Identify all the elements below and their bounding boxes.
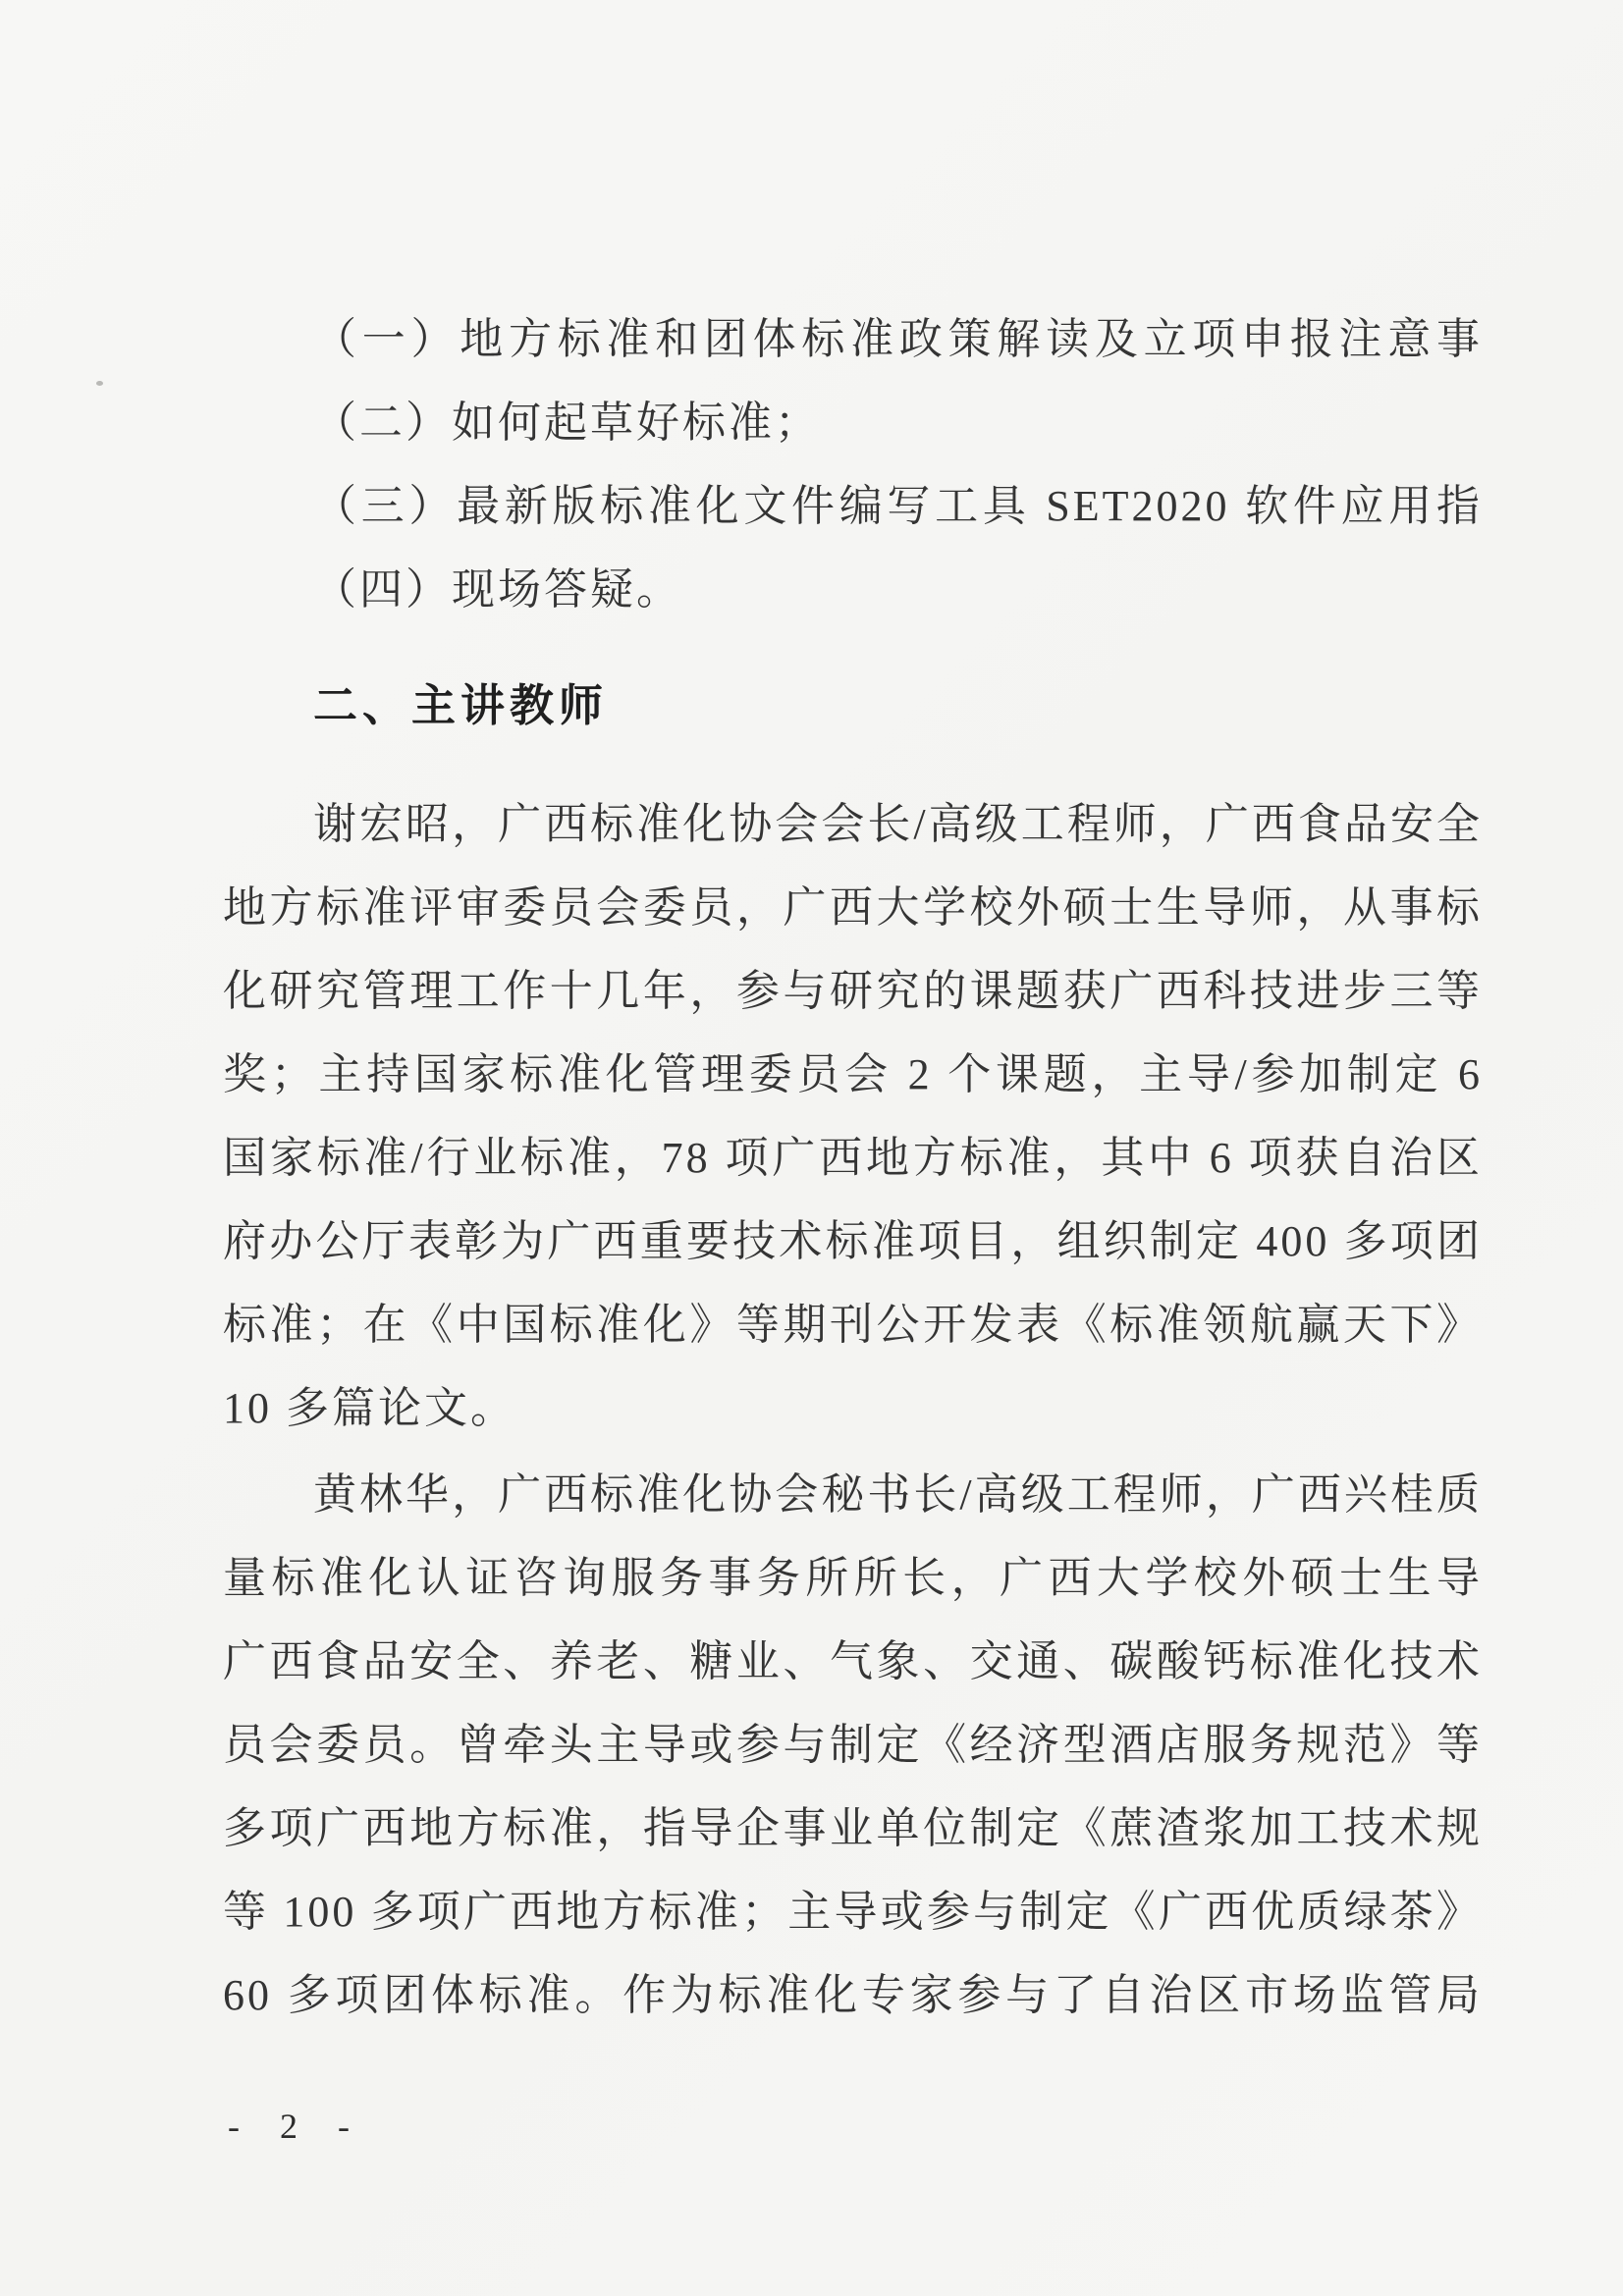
bio-line: 等 100 多项广西地方标准；主导或参与制定《广西优质绿茶》等 bbox=[223, 1870, 1483, 1953]
teacher-bio-huanglinhua: 黄林华，广西标准化协会秘书长/高级工程师，广西兴桂质 量标准化认证咨询服务事务所… bbox=[223, 1453, 1483, 2037]
agenda-item-2: （二）如何起草好标准； bbox=[223, 381, 1483, 464]
scanned-document-page: （一）地方标准和团体标准政策解读及立项申报注意事项； （二）如何起草好标准； （… bbox=[0, 0, 1623, 2296]
scan-artifact-dot bbox=[96, 381, 103, 386]
teacher-bio-xiehongzhao: 谢宏昭，广西标准化协会会长/高级工程师，广西食品安全 地方标准评审委员会委员，广… bbox=[223, 782, 1483, 1450]
section-heading: 二、主讲教师 bbox=[313, 664, 608, 747]
agenda-item-4: （四）现场答疑。 bbox=[223, 548, 1483, 631]
bio-line: 谢宏昭，广西标准化协会会长/高级工程师，广西食品安全 bbox=[223, 782, 1483, 866]
agenda-item-1: （一）地方标准和团体标准政策解读及立项申报注意事项； bbox=[223, 297, 1483, 381]
bio-line: 黄林华，广西标准化协会秘书长/高级工程师，广西兴桂质 bbox=[223, 1453, 1483, 1536]
bio-line: 10 多篇论文。 bbox=[223, 1366, 1483, 1450]
bio-line: 60 多项团体标准。作为标准化专家参与了自治区市场监管局组织 bbox=[223, 1953, 1483, 2037]
bio-line: 广西食品安全、养老、糖业、气象、交通、碳酸钙标准化技术委 bbox=[223, 1620, 1483, 1703]
bio-line: 多项广西地方标准，指导企事业单位制定《蔗渣浆加工技术规程》 bbox=[223, 1787, 1483, 1870]
page-number: - 2 - bbox=[228, 2097, 365, 2156]
bio-line: 员会委员。曾牵头主导或参与制定《经济型酒店服务规范》等 50 bbox=[223, 1703, 1483, 1787]
bio-line: 国家标准/行业标准，78 项广西地方标准，其中 6 项获自治区政 bbox=[223, 1116, 1483, 1200]
agenda-item-3: （三）最新版标准化文件编写工具 SET2020 软件应用指导； bbox=[223, 464, 1483, 548]
bio-line: 化研究管理工作十几年，参与研究的课题获广西科技进步三等 bbox=[223, 949, 1483, 1033]
bio-line: 奖；主持国家标准化管理委员会 2 个课题，主导/参加制定 6 项 bbox=[223, 1033, 1483, 1116]
bio-line: 府办公厅表彰为广西重要技术标准项目，组织制定 400 多项团体 bbox=[223, 1200, 1483, 1283]
bio-line: 量标准化认证咨询服务事务所所长，广西大学校外硕士生导师， bbox=[223, 1536, 1483, 1620]
agenda-list: （一）地方标准和团体标准政策解读及立项申报注意事项； （二）如何起草好标准； （… bbox=[223, 297, 1483, 631]
bio-line: 标准；在《中国标准化》等期刊公开发表《标准领航赢天下》等 bbox=[223, 1283, 1483, 1366]
bio-line: 地方标准评审委员会委员，广西大学校外硕士生导师，从事标准 bbox=[223, 866, 1483, 949]
